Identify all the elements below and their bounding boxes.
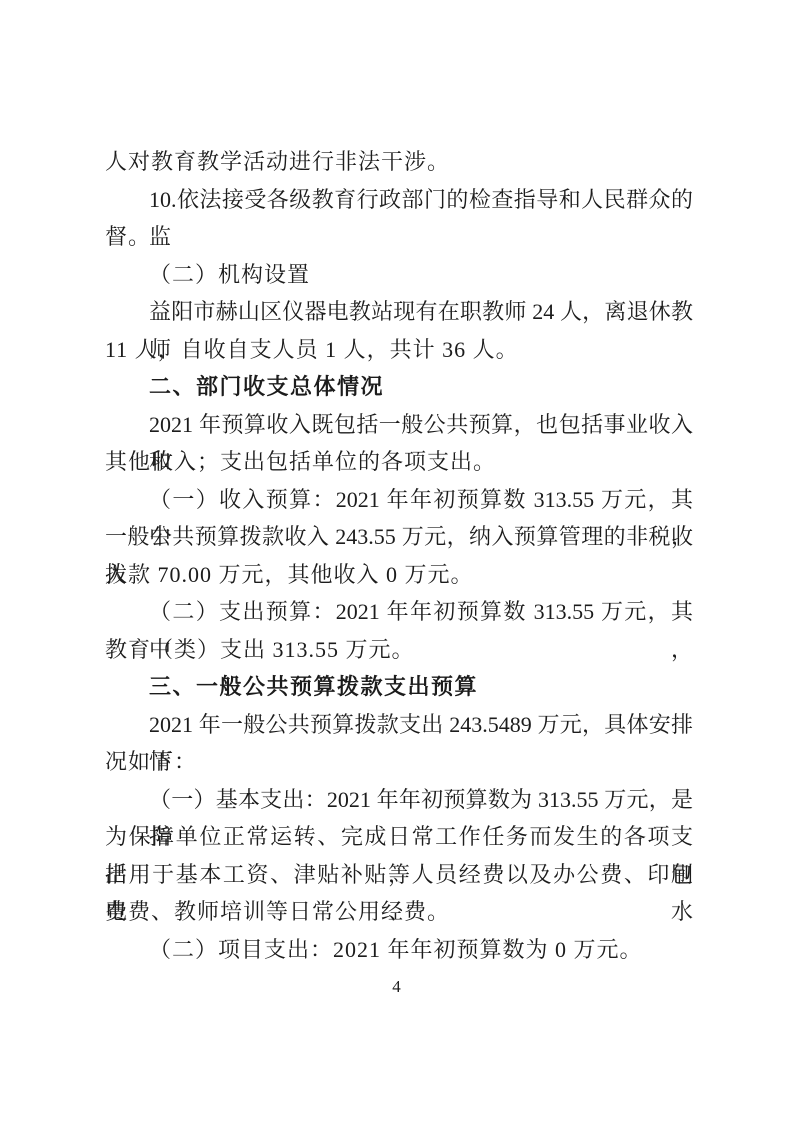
- text-line: （一）收入预算：2021 年年初预算数 313.55 万元，其中，: [105, 481, 693, 519]
- text-line: 10.依法接受各级教育行政部门的检查指导和人民群众的监: [105, 181, 693, 219]
- text-line: 2021 年一般公共预算拨款支出 243.5489 万元，具体安排情: [105, 706, 693, 744]
- document-body: 人对教育教学活动进行非法干涉。10.依法接受各级教育行政部门的检查指导和人民群众…: [105, 143, 693, 968]
- page-number: 4: [0, 976, 793, 998]
- text-line: 况如下：: [105, 743, 693, 781]
- section-heading: 三、一般公共预算拨款支出预算: [105, 668, 693, 706]
- text-line: （一）基本支出：2021 年年初预算数为 313.55 万元，是指: [105, 781, 693, 819]
- text-line: 拨款 70.00 万元，其他收入 0 万元。: [105, 556, 693, 594]
- text-line: 督。: [105, 218, 693, 256]
- section-heading: 二、部门收支总体情况: [105, 368, 693, 406]
- text-line: 11 人，自收自支人员 1 人，共计 36 人。: [105, 331, 693, 369]
- text-line: 其他收入；支出包括单位的各项支出。: [105, 443, 693, 481]
- text-line: 2021 年预算收入既包括一般公共预算，也包括事业收入和: [105, 406, 693, 444]
- document-page: 人对教育教学活动进行非法干涉。10.依法接受各级教育行政部门的检查指导和人民群众…: [0, 0, 793, 1122]
- text-line: 一般公共预算拨款收入 243.55 万元，纳入预算管理的非税收入: [105, 518, 693, 556]
- text-line: （二）项目支出：2021 年年初预算数为 0 万元。: [105, 931, 693, 969]
- text-line: 益阳市赫山区仪器电教站现有在职教师 24 人，离退休教师: [105, 293, 693, 331]
- text-line: 人对教育教学活动进行非法干涉。: [105, 143, 693, 181]
- text-line: 括用于基本工资、津贴补贴等人员经费以及办公费、印刷费、水: [105, 856, 693, 894]
- text-line: （二）机构设置: [105, 256, 693, 294]
- text-line: （二）支出预算：2021 年年初预算数 313.55 万元，其中，: [105, 593, 693, 631]
- text-line: 为保障单位正常运转、完成日常工作任务而发生的各项支出，包: [105, 818, 693, 856]
